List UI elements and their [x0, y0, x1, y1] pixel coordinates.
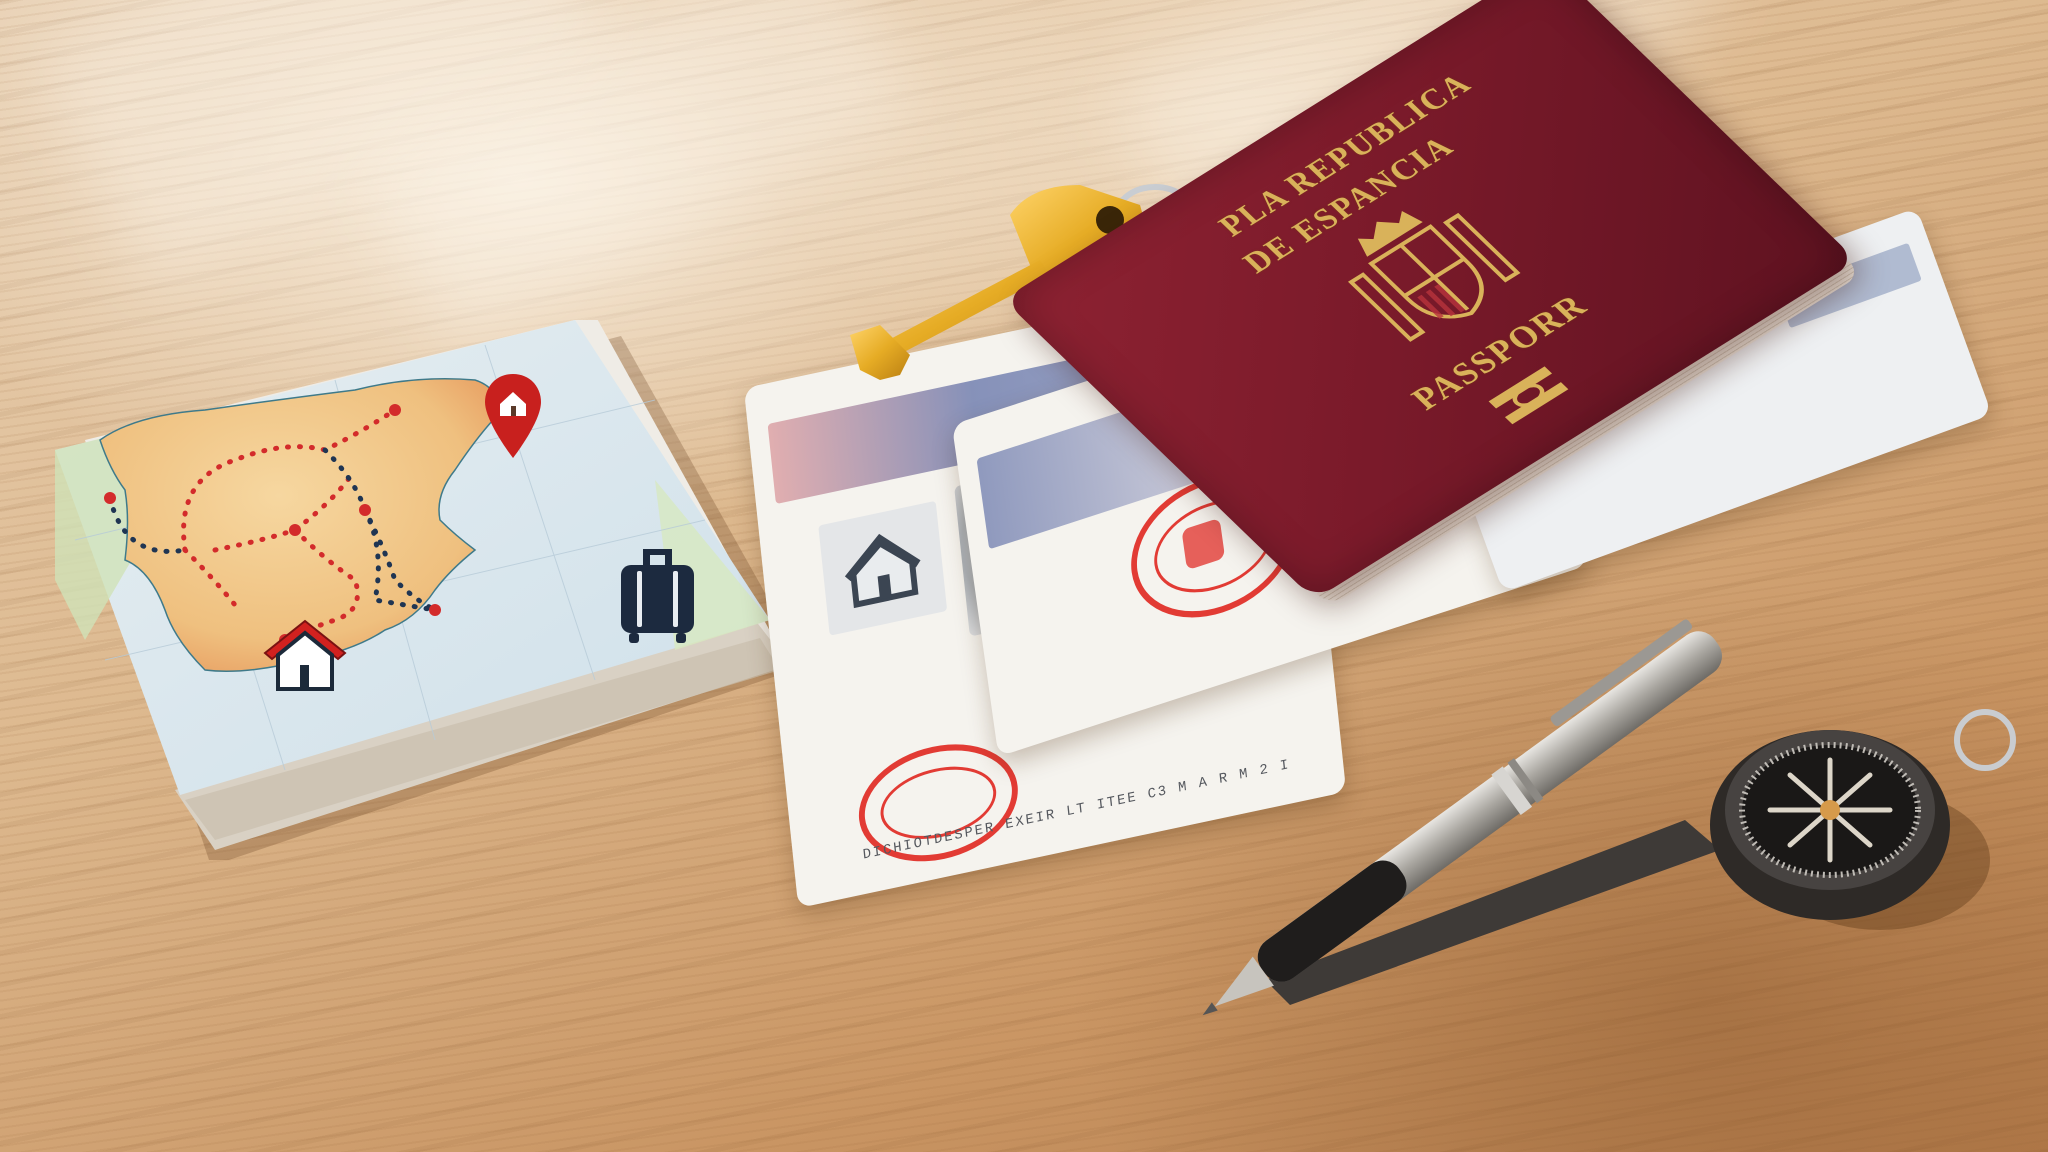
house-icon [818, 501, 947, 636]
compass-icon [1700, 690, 2040, 930]
visa-photo-box [818, 501, 947, 636]
location-pin-icon [483, 372, 543, 462]
folded-map [55, 320, 795, 860]
suitcase-icon [615, 545, 700, 645]
house-icon [260, 615, 350, 695]
